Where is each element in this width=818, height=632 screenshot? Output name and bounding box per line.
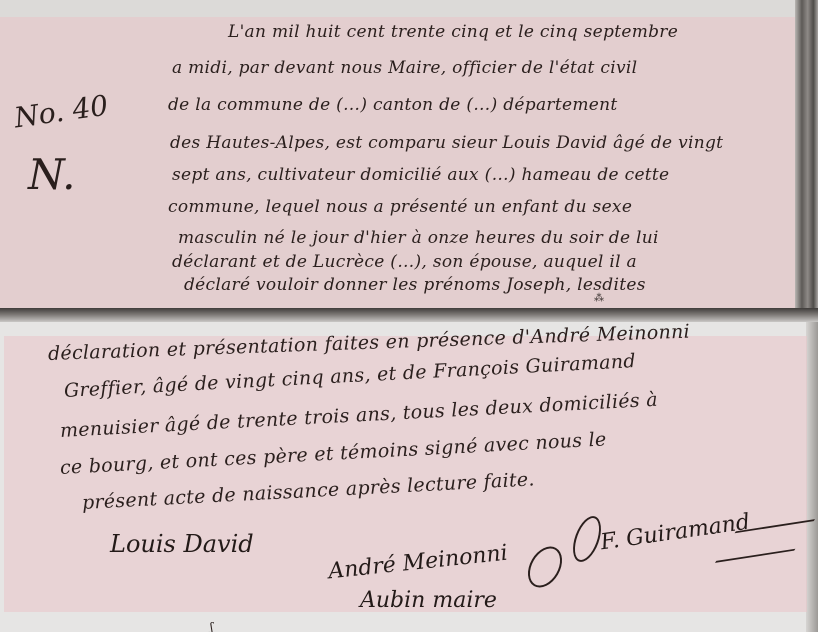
upper-line-2: a midi, par devant nous Maire, officier … (172, 58, 637, 78)
page-fold-shadow (0, 308, 818, 322)
stamp-mark: ⁂ (594, 293, 604, 304)
upper-line-6: commune, lequel nous a présenté un enfan… (168, 197, 632, 217)
signature-louis-david: Louis David (110, 530, 254, 558)
upper-line-3: de la commune de (…) canton de (…) dépar… (168, 95, 617, 115)
lower-sheet-edge (806, 322, 818, 632)
upper-line-5: sept ans, cultivateur domicilié aux (…) … (172, 165, 669, 185)
signature-mayor: Aubin maire (360, 588, 497, 613)
upper-line-9: déclaré vouloir donner les prénoms Josep… (184, 275, 646, 295)
record-letter: N. (28, 150, 75, 199)
document-scan: No. 40 N. L'an mil huit cent trente cinq… (0, 0, 818, 632)
upper-line-8: déclarant et de Lucrèce (…), son épouse,… (172, 252, 637, 272)
stray-ink-mark: ʃ (210, 620, 213, 632)
upper-line-1: L'an mil huit cent trente cinq et le cin… (228, 22, 678, 42)
book-binding-edge (795, 0, 818, 318)
upper-line-7: masculin né le jour d'hier à onze heures… (178, 228, 659, 248)
upper-line-4: des Hautes-Alpes, est comparu sieur Loui… (170, 133, 723, 153)
